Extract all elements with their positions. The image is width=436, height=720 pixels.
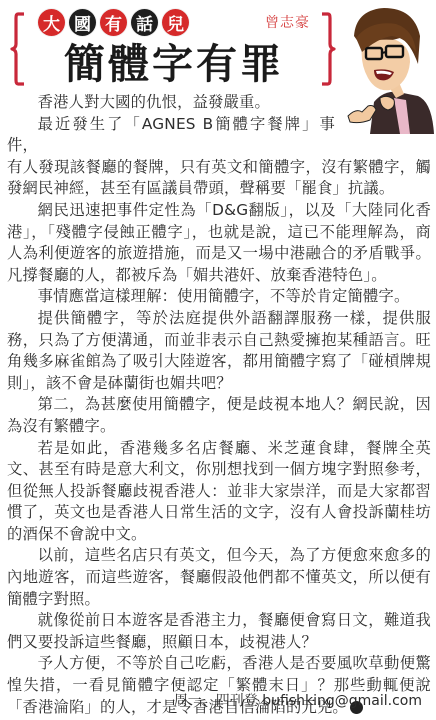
article-paragraph: 事情應當這樣理解：使用簡體字，不等於肯定簡體字。	[7, 286, 431, 308]
article-paragraph: 以前，這些名店只有英文，但今天，為了方便愈來愈多的內地遊客，而這些遊客，餐廳假設…	[7, 545, 431, 610]
article-title: 簡體字有罪	[64, 42, 284, 86]
column-badge: 大	[38, 9, 65, 36]
left-curly-bracket-icon	[10, 12, 26, 86]
article-body: 香港人對大國的仇恨，益發嚴重。 最近發生了「AGNES B簡體字餐牌」事件， 有…	[7, 92, 431, 718]
footer-byline: 周一、四刊登 bufishking@gmail.com	[174, 690, 422, 710]
column-badge: 國	[69, 9, 96, 36]
column-badge: 兒	[162, 9, 189, 36]
publish-schedule: 周一、四刊登	[174, 693, 258, 709]
article-paragraph: 網民迅速把事件定性為「D&G翻版」，以及「大陸同化香港」，「殘體字侵蝕正體字」，…	[7, 200, 431, 286]
column-badge: 有	[100, 9, 127, 36]
article-paragraph: 最近發生了「AGNES B簡體字餐牌」事件，	[7, 114, 431, 157]
author-email: bufishking@gmail.com	[262, 693, 422, 709]
article-paragraph: 有人發現該餐廳的餐牌，只有英文和簡體字，沒有繁體字，觸發網民神經，甚至有區議員帶…	[7, 157, 431, 200]
article-paragraph: 若是如此，香港幾多名店餐廳、米芝蓮食肆，餐牌全英文、甚至有時是意大利文，你別想找…	[7, 438, 431, 546]
column-header: 大 國 有 話 兒 曾志豪 簡體字有罪	[0, 0, 436, 92]
article-paragraph: 就像從前日本遊客是香港主力，餐廳便會寫日文，難道我們又要投訴這些餐廳，照顧日本，…	[7, 610, 431, 653]
column-name-badges: 大 國 有 話 兒	[38, 9, 189, 36]
article-paragraph: 第二，為甚麼使用簡體字，便是歧視本地人？網民說，因為沒有繁體字。	[7, 394, 431, 437]
article-paragraph: 提供簡體字，等於法庭提供外語翻譯服務一樣，提供服務，只為了方便溝通，而並非表示自…	[7, 308, 431, 394]
column-badge: 話	[131, 9, 158, 36]
article-paragraph: 香港人對大國的仇恨，益發嚴重。	[7, 92, 431, 114]
author-name: 曾志豪	[265, 12, 310, 32]
right-curly-bracket-icon	[320, 12, 336, 86]
